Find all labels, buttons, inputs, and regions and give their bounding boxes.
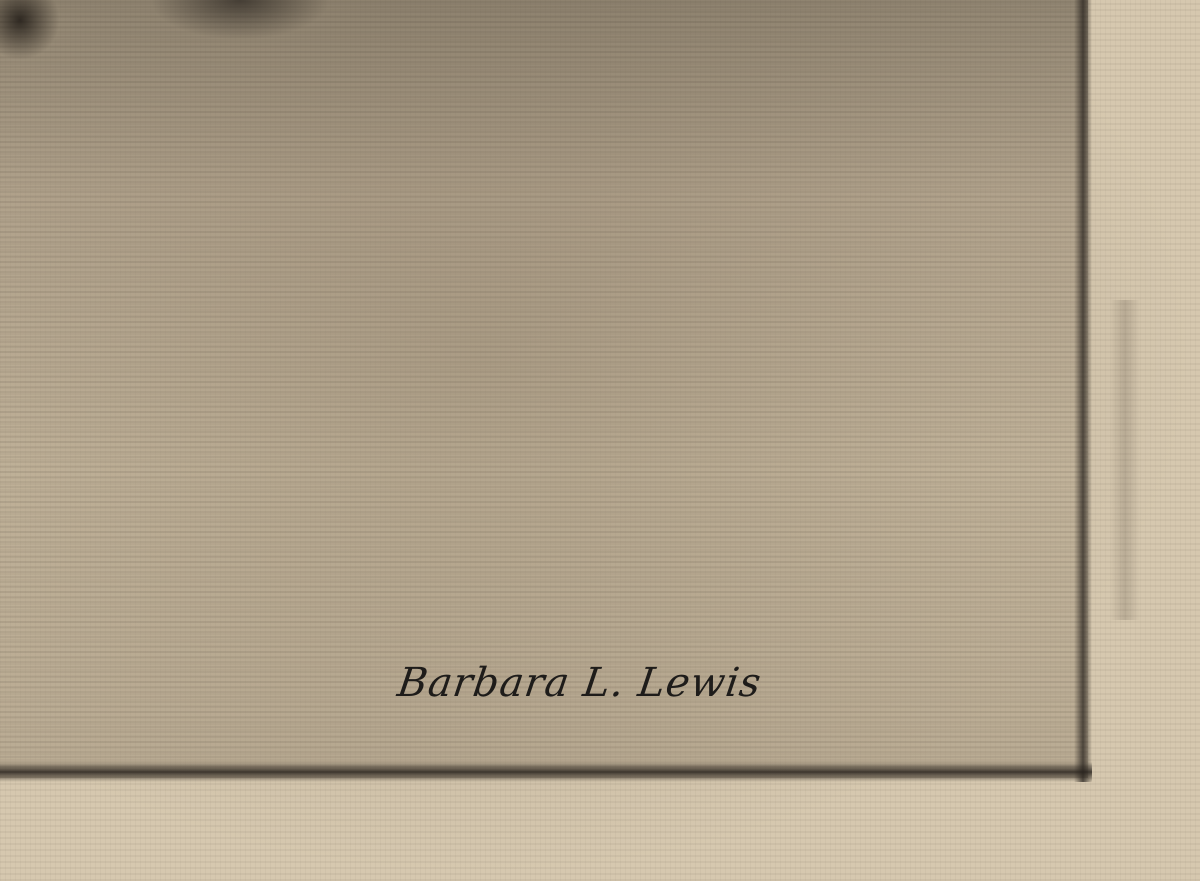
artist-signature: Barbara L. Lewis	[395, 660, 765, 706]
drawn-border-bottom	[0, 762, 1092, 782]
drawn-border-right	[1074, 0, 1092, 782]
margin-smudge	[1110, 300, 1140, 620]
